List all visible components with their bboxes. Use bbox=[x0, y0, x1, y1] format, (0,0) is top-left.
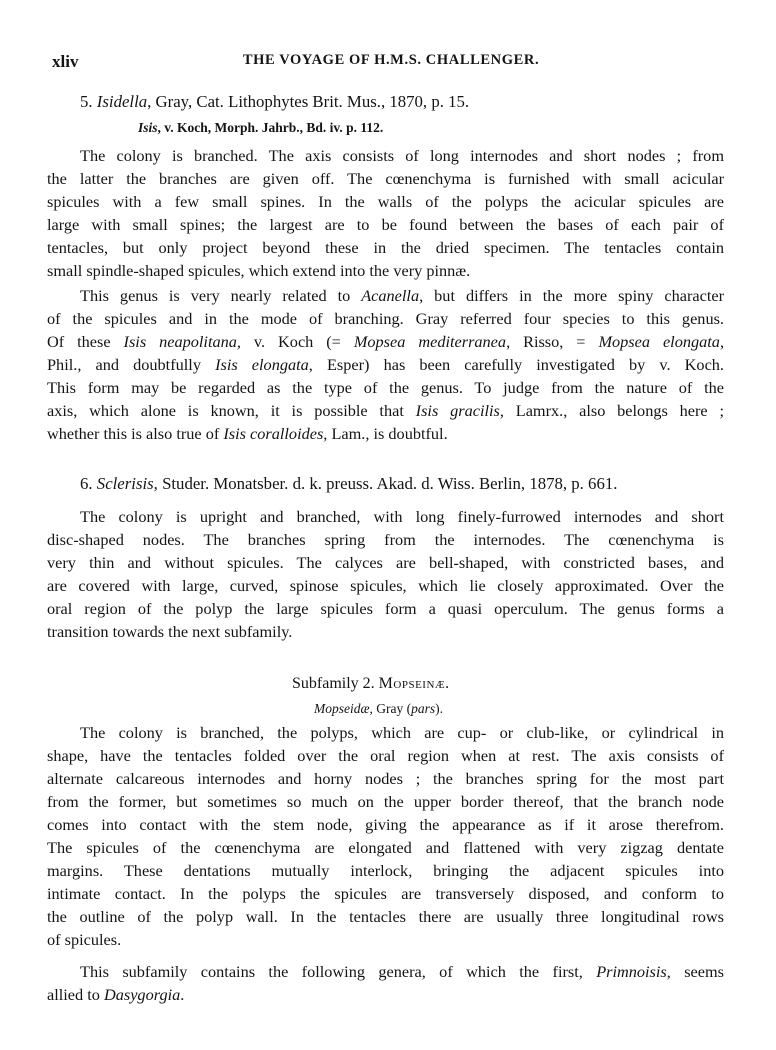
text-line: The colony is branched, the polyps, whic… bbox=[47, 721, 724, 744]
text-line: This genus is very nearly related to Aca… bbox=[47, 284, 724, 307]
text-line: large with small spines; the largest are… bbox=[47, 213, 724, 236]
text-line: Phil., and doubtfully Isis elongata, Esp… bbox=[47, 353, 724, 376]
taxon-name: Mopsea mediterranea bbox=[354, 332, 506, 351]
text-line: alternate calcareous internodes and horn… bbox=[47, 767, 724, 790]
paragraph: This subfamily contains the following ge… bbox=[47, 960, 724, 1006]
text-line: whether this is also true of Isis corall… bbox=[47, 422, 724, 445]
text-line: The colony is branched. The axis consist… bbox=[47, 144, 724, 167]
text-line: tentacles, but only project beyond these… bbox=[47, 236, 724, 259]
text-line: shape, have the tentacles folded over th… bbox=[47, 744, 724, 767]
text-line: intimate contact. In the polyps the spic… bbox=[47, 882, 724, 905]
paragraph: The colony is branched, the polyps, whic… bbox=[47, 721, 724, 951]
subfamily-heading: Subfamily 2. Mopseinæ. bbox=[292, 673, 450, 695]
synonym-reference: , v. Koch, Morph. Jahrb., Bd. iv. p. 112… bbox=[158, 120, 384, 135]
taxon-name: Primnoisis bbox=[596, 962, 667, 981]
text-line: transition towards the next subfamily. bbox=[47, 620, 724, 643]
paragraph: The colony is upright and branched, with… bbox=[47, 505, 724, 643]
taxon-name: Isis coralloides bbox=[223, 424, 323, 443]
text-line: margins. These dentations mutually inter… bbox=[47, 859, 724, 882]
text-line: This subfamily contains the following ge… bbox=[47, 960, 724, 983]
paragraph: The colony is branched. The axis consist… bbox=[47, 144, 724, 282]
text-line: Of these Isis neapolitana, v. Koch (= Mo… bbox=[47, 330, 724, 353]
text-line: comes into contact with the stem node, g… bbox=[47, 813, 724, 836]
text-line: from the former, but sometimes so much o… bbox=[47, 790, 724, 813]
book-page: xliv THE VOYAGE OF H.M.S. CHALLENGER. 5.… bbox=[0, 0, 776, 1050]
taxon-name: Dasygorgia bbox=[104, 985, 180, 1004]
genus-heading-sclerisis: 6. Sclerisis, Studer. Monatsber. d. k. p… bbox=[80, 472, 617, 496]
genus-citation: , Studer. Monatsber. d. k. preuss. Akad.… bbox=[154, 474, 618, 493]
text-line: spicules with a few small spines. In the… bbox=[47, 190, 724, 213]
paragraph: This genus is very nearly related to Aca… bbox=[47, 284, 724, 445]
text-line: the latter the branches are given off. T… bbox=[47, 167, 724, 190]
text-line: very thin and without spicules. The caly… bbox=[47, 551, 724, 574]
genus-number: 5. bbox=[80, 92, 93, 111]
text-line: disc-shaped nodes. The branches spring f… bbox=[47, 528, 724, 551]
genus-number: 6. bbox=[80, 474, 93, 493]
text-line: are covered with large, curved, spinose … bbox=[47, 574, 724, 597]
text-line: oral region of the polyp the large spicu… bbox=[47, 597, 724, 620]
subfamily-synonym: Mopseidæ, Gray (pars). bbox=[314, 700, 443, 718]
synonym-name: Isis bbox=[138, 120, 158, 135]
text-line: of spicules. bbox=[47, 928, 724, 951]
taxon-name: Acanella bbox=[361, 286, 419, 305]
taxon-name: Isis neapolitana bbox=[124, 332, 237, 351]
synonym-citation: Isis, v. Koch, Morph. Jahrb., Bd. iv. p.… bbox=[138, 119, 383, 137]
subfamily-label: Subfamily 2. bbox=[292, 675, 375, 692]
text-line: axis, which alone is known, it is possib… bbox=[47, 399, 724, 422]
taxon-name: Isis gracilis bbox=[416, 401, 500, 420]
genus-name: Isidella bbox=[97, 92, 147, 111]
text-line: the outline of the polyp wall. In the te… bbox=[47, 905, 724, 928]
genus-heading-isidella: 5. Isidella, Gray, Cat. Lithophytes Brit… bbox=[80, 90, 469, 114]
text-line: This form may be regarded as the type of… bbox=[47, 376, 724, 399]
running-head: xliv THE VOYAGE OF H.M.S. CHALLENGER. bbox=[52, 52, 722, 76]
taxon-name: Isis elongata bbox=[215, 355, 309, 374]
subfamily-name: Mopseinæ. bbox=[379, 675, 450, 692]
text-line: of the spicules and in the mode of branc… bbox=[47, 307, 724, 330]
text-line: small spindle-shaped spicules, which ext… bbox=[47, 259, 724, 282]
synonym-name: Mopseidæ bbox=[314, 701, 370, 716]
text-line: allied to Dasygorgia. bbox=[47, 983, 724, 1006]
text-line: The spicules of the cœnenchyma are elong… bbox=[47, 836, 724, 859]
text-line: The colony is upright and branched, with… bbox=[47, 505, 724, 528]
taxon-name: Mopsea elongata bbox=[598, 332, 719, 351]
genus-name: Sclerisis bbox=[97, 474, 154, 493]
page-number: xliv bbox=[52, 52, 78, 72]
genus-citation: , Gray, Cat. Lithophytes Brit. Mus., 187… bbox=[147, 92, 469, 111]
running-title: THE VOYAGE OF H.M.S. CHALLENGER. bbox=[156, 52, 626, 69]
